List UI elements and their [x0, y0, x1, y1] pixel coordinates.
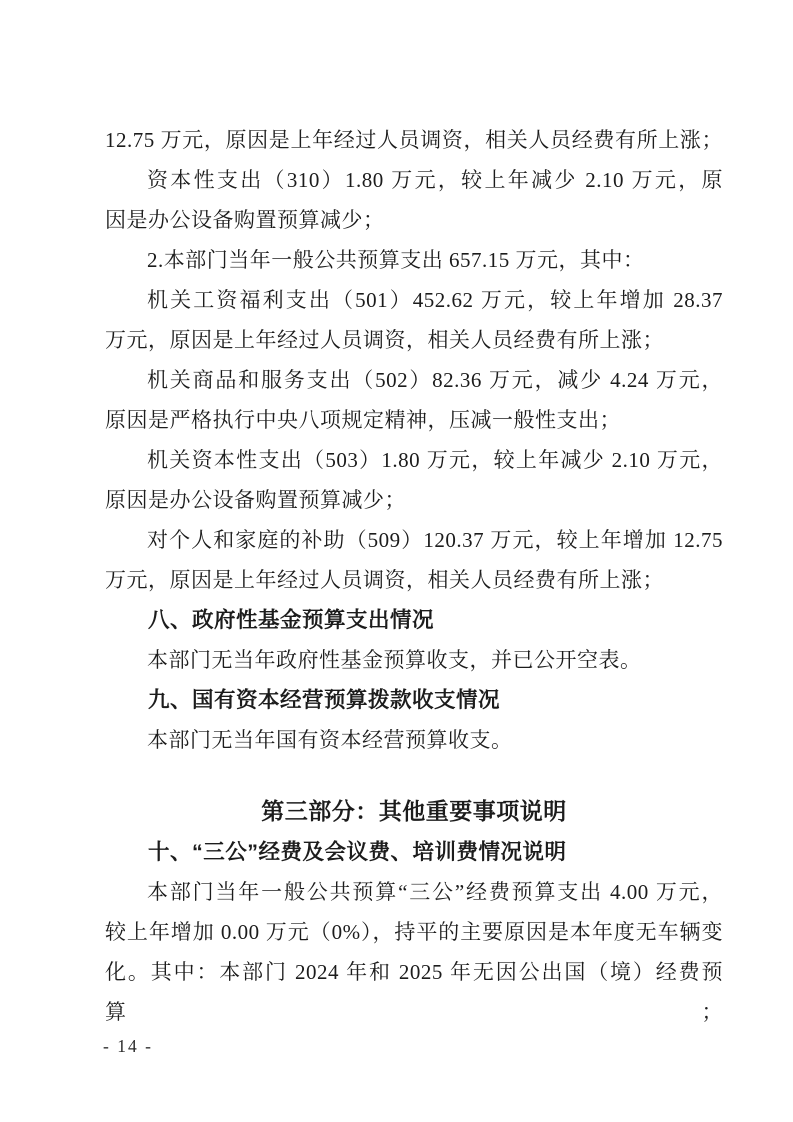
section-heading: 十、“三公”经费及会议费、培训费情况说明	[105, 832, 723, 872]
body-line: 较上年增加 0.00 万元（0%），持平的主要原因是本年度无车辆变	[105, 912, 723, 952]
body-line: 化。其中：本部门 2024 年和 2025 年无因公出国（境）经费预算；	[105, 952, 723, 992]
body-line: 万元，原因是上年经过人员调资，相关人员经费有所上涨；	[105, 560, 723, 600]
body-line: 原因是严格执行中央八项规定精神，压减一般性支出；	[105, 400, 723, 440]
document-page: 12.75 万元，原因是上年经过人员调资，相关人员经费有所上涨；资本性支出（31…	[0, 0, 793, 1122]
body-line: 本部门无当年政府性基金预算收支，并已公开空表。	[105, 640, 723, 680]
section-heading: 九、国有资本经营预算拨款收支情况	[105, 680, 723, 720]
body-line: 12.75 万元，原因是上年经过人员调资，相关人员经费有所上涨；	[105, 120, 723, 160]
body-line: 2.本部门当年一般公共预算支出 657.15 万元，其中：	[105, 240, 723, 280]
body-line: 机关资本性支出（503）1.80 万元，较上年减少 2.10 万元，	[105, 440, 723, 480]
body-line: 因是办公设备购置预算减少；	[105, 200, 723, 240]
body-line: 资本性支出（310）1.80 万元，较上年减少 2.10 万元，原	[105, 160, 723, 200]
body-line: 机关商品和服务支出（502）82.36 万元，减少 4.24 万元，	[105, 360, 723, 400]
section-heading: 八、政府性基金预算支出情况	[105, 600, 723, 640]
body-line: 本部门当年一般公共预算“三公”经费预算支出 4.00 万元，	[105, 872, 723, 912]
body-line: 本部门无当年国有资本经营预算收支。	[105, 720, 723, 760]
body-line: 机关工资福利支出（501）452.62 万元，较上年增加 28.37	[105, 280, 723, 320]
document-body: 12.75 万元，原因是上年经过人员调资，相关人员经费有所上涨；资本性支出（31…	[105, 120, 723, 992]
body-line: 原因是办公设备购置预算减少；	[105, 480, 723, 520]
body-line: 万元，原因是上年经过人员调资，相关人员经费有所上涨；	[105, 320, 723, 360]
body-line: 对个人和家庭的补助（509）120.37 万元，较上年增加 12.75	[105, 520, 723, 560]
section-title: 第三部分：其他重要事项说明	[105, 792, 723, 832]
page-number: - 14 -	[103, 1036, 153, 1057]
